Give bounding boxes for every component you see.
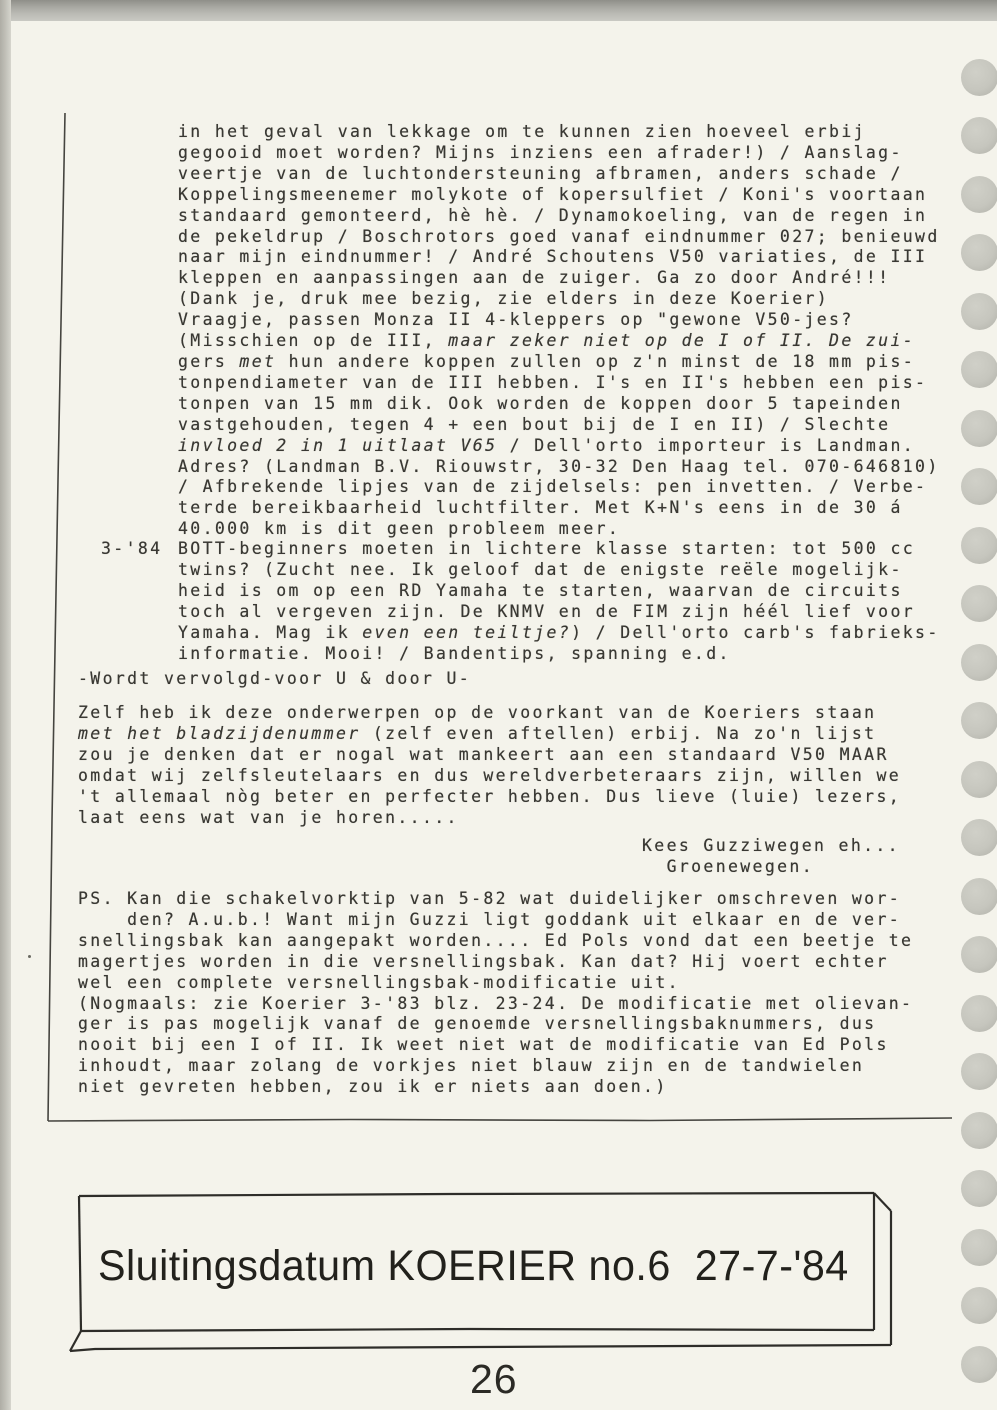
text-line: Groenewegen. (642, 857, 900, 878)
text-line: (Dank je, druk mee bezig, zie elders in … (178, 289, 940, 310)
margin-date-label: 3-'84 (101, 539, 162, 560)
text-line: toch al vergeven zijn. De KNMV en de FIM… (178, 602, 940, 623)
text-line: de pekeldrup / Boschrotors goed vanaf ei… (178, 227, 940, 248)
topic-3-84-block: BOTT-beginners moeten in lichtere klasse… (178, 539, 940, 664)
text-line: tonpen van 15 mm dik. Ook worden de kopp… (178, 394, 940, 415)
text-line: magertjes worden in die versnellingsbak.… (78, 952, 913, 973)
text-line: nooit bij een I of II. Ik weet niet wat … (78, 1035, 913, 1056)
binder-hole (961, 410, 997, 447)
signature: Kees Guzziwegen eh... Groenewegen. (642, 836, 900, 878)
zelf-paragraph: Zelf heb ik deze onderwerpen op de voork… (78, 703, 901, 828)
text-line: zou je denken dat er nogal wat mankeert … (78, 745, 901, 766)
text-line: PS. Kan die schakelvorktip van 5-82 wat … (78, 889, 913, 910)
text-line: Vraagje, passen Monza II 4-kleppers op "… (178, 310, 940, 331)
text-line: veertje van de luchtondersteuning afbram… (178, 164, 940, 185)
left-vertical-rule (48, 113, 65, 1121)
text-line: informatie. Mooi! / Bandentips, spanning… (178, 644, 940, 665)
text-line: Zelf heb ik deze onderwerpen op de voork… (78, 703, 901, 724)
text-line: BOTT-beginners moeten in lichtere klasse… (178, 539, 940, 560)
text-line: heid is om op een RD Yamaha te starten, … (178, 581, 940, 602)
binder-hole (961, 644, 997, 681)
text-line: omdat wij zelfsleutelaars en dus wereldv… (78, 766, 901, 787)
text-line: inhoudt, maar zolang de vorkjes niet bla… (78, 1056, 913, 1077)
closing-date-text: Sluitingsdatum KOERIER no.6 27-7-'84 (98, 1242, 856, 1291)
text-line: wel een complete versnellingsbak-modific… (78, 973, 913, 994)
text-line: ger is pas mogelijk vanaf de genoemde ve… (78, 1014, 913, 1035)
text-line: invloed 2 in 1 uitlaat V65 / Dell'orto i… (178, 436, 940, 457)
page-number: 26 (470, 1356, 518, 1403)
text-line: laat eens wat van je horen..... (78, 808, 901, 829)
binder-hole (961, 117, 997, 154)
text-line: snellingsbak kan aangepakt worden.... Ed… (78, 931, 913, 952)
binder-hole (961, 234, 997, 271)
text-line: twins? (Zucht nee. Ik geloof dat de enig… (178, 560, 940, 581)
scanned-newsletter-page: in het geval van lekkage om te kunnen zi… (0, 0, 997, 1410)
text-line: niet gevreten hebben, zou ik er niets aa… (78, 1077, 913, 1098)
text-line: standaard gemonteerd, hè hè. / Dynamokoe… (178, 206, 940, 227)
binder-hole (961, 176, 997, 213)
text-line: 't allemaal nòg beter en perfecter hebbe… (78, 787, 901, 808)
binder-hole (961, 1287, 997, 1324)
text-line: naar mijn eindnummer! / André Schoutens … (178, 247, 940, 268)
text-line: (Misschien op de III, maar zeker niet op… (178, 331, 940, 352)
text-line: in het geval van lekkage om te kunnen zi… (178, 122, 940, 143)
text-line: (Nogmaals: zie Koerier 3-'83 blz. 23-24.… (78, 994, 913, 1015)
binder-hole (961, 878, 997, 915)
text-line: Adres? (Landman B.V. Riouwstr, 30-32 Den… (178, 457, 940, 478)
binder-hole (961, 59, 997, 96)
text-line: met het bladzijdenummer (zelf even aftel… (78, 724, 901, 745)
wordt-vervolgd-line: -Wordt vervolgd-voor U & door U- (78, 669, 471, 690)
text-line: Koppelingsmeenemer molykote of kopersulf… (178, 185, 940, 206)
binder-hole (961, 1053, 997, 1090)
binder-hole (961, 936, 997, 973)
text-line: gegooid moet worden? Mijns inziens een a… (178, 143, 940, 164)
text-line: kleppen en aanpassingen aan de zuiger. G… (178, 268, 940, 289)
text-line: -Wordt vervolgd-voor U & door U- (78, 669, 471, 690)
binder-hole (961, 527, 997, 564)
binder-hole (961, 702, 997, 739)
binder-hole (961, 761, 997, 798)
text-line: den? A.u.b.! Want mijn Guzzi ligt goddan… (78, 910, 913, 931)
binder-hole (961, 293, 997, 330)
text-line: terde bereikbaarheid luchtfilter. Met K+… (178, 498, 940, 519)
bottom-horizontal-rule (48, 1118, 952, 1121)
continued-topic-block: in het geval van lekkage om te kunnen zi… (178, 122, 940, 540)
text-line: / Afbrekende lipjes van de zijdelsels: p… (178, 477, 940, 498)
binder-hole (961, 585, 997, 622)
scan-left-edge-strip (0, 0, 11, 1410)
text-line: Yamaha. Mag ik even een teiltje?) / Dell… (178, 623, 940, 644)
text-line: Kees Guzziwegen eh... (642, 836, 900, 857)
text-line: gers met hun andere koppen zullen op z'n… (178, 352, 940, 373)
binder-hole (961, 1112, 997, 1149)
scan-top-edge-band (0, 0, 997, 21)
text-line: tonpendiameter van de III hebben. I's en… (178, 373, 940, 394)
binder-hole (961, 1229, 997, 1266)
binder-hole (961, 995, 997, 1032)
scan-speck (28, 955, 31, 958)
binder-hole (961, 468, 997, 505)
binder-hole (961, 819, 997, 856)
text-line: 40.000 km is dit geen probleem meer. (178, 519, 940, 540)
text-line: vastgehouden, tegen 4 + een bout bij de … (178, 415, 940, 436)
binder-hole (961, 1170, 997, 1207)
binder-hole (961, 1346, 997, 1383)
binder-hole (961, 351, 997, 388)
ps-paragraph: PS. Kan die schakelvorktip van 5-82 wat … (78, 889, 913, 1098)
